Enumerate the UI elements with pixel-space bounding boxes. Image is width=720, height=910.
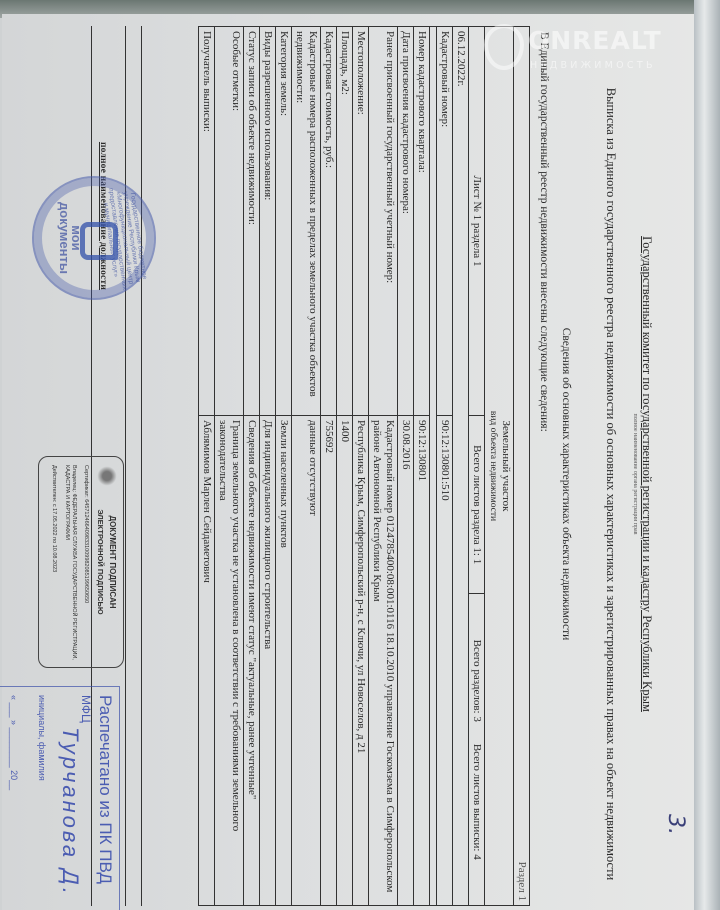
sheet-info-row: Лист № 1 раздела 1 Всего листов раздела …	[469, 27, 485, 906]
table-row: Получатель выписки:Аблямимов Марлен Сейд…	[199, 27, 215, 906]
row-label: Виды разрешенного использования:	[260, 27, 276, 416]
watermark-brand: ONREALT	[528, 26, 662, 55]
row-label: Получатель выписки:	[199, 27, 215, 416]
object-type-row: Земельный участок вид объекта недвижимос…	[485, 27, 514, 906]
property-info-table: Раздел 1 Земельный участок вид объекта н…	[198, 26, 530, 906]
row-value: Земли населенных пунктов	[276, 416, 292, 906]
table-row: Категория земель:Земли населенных пункто…	[276, 27, 292, 906]
row-value: Граница земельного участка не установлен…	[215, 416, 244, 906]
sheets-total: Всего листов выписки: 4	[471, 744, 483, 860]
seal-brand-line2: документы	[58, 198, 70, 278]
table-row: Ранее присвоенный государственный учетны…	[369, 27, 398, 906]
esign-owner: Владелец: ФЕДЕРАЛЬНАЯ СЛУЖБА ГОСУДАРСТВЕ…	[63, 465, 77, 661]
row-label: Категория земель:	[276, 27, 292, 416]
row-value: Для индивидуального жилищного строительс…	[260, 416, 276, 906]
table-row: Дата присвоения кадастрового номера:30.0…	[398, 27, 414, 906]
row-value: 1400	[337, 416, 353, 906]
issuing-authority-caption: полное наименование органа регистрации п…	[632, 214, 638, 734]
row-label: Дата присвоения кадастрового номера:	[398, 27, 414, 416]
table-row: Площадь, м2:1400	[337, 27, 353, 906]
row-value: данные отсутствуют	[292, 416, 321, 906]
row-label: Местоположение:	[353, 27, 369, 416]
table-row: Кадастровые номера расположенных в преде…	[292, 27, 321, 906]
row-label: Номер кадастрового квартала:	[414, 27, 430, 416]
row-value: 755692	[321, 416, 337, 906]
esign-validity: Действителен: с 17.05.2022 по 10.08.2023	[50, 465, 57, 661]
stamp-org: МФЦ	[79, 695, 93, 723]
row-value: Республика Крым, Симферопольский р-н, с …	[353, 416, 369, 906]
signature-area: полное наименование должности Государств…	[2, 26, 142, 906]
date-row: 06.12.2022г.	[453, 27, 469, 906]
stamp-date: « ___ » ________ 20__	[9, 695, 19, 790]
row-value: 90:12:130801	[414, 416, 430, 906]
electronic-signature-block: ДОКУМЕНТ ПОДПИСАН ЭЛЕКТРОННОЙ ПОДПИСЬЮ С…	[38, 456, 124, 668]
table-spacer	[430, 27, 437, 906]
object-type-caption: вид объекта недвижимости	[486, 31, 499, 901]
issuing-authority: Государственный комитет по государственн…	[639, 214, 654, 734]
esign-title: ДОКУМЕНТ ПОДПИСАН	[108, 457, 117, 667]
table-row: Местоположение:Республика Крым, Симфероп…	[353, 27, 369, 906]
cadastral-number-row: Кадастровый номер: 90:12:130801:510	[437, 27, 453, 906]
document-photo: Государственный комитет по государственн…	[0, 0, 720, 910]
egrn-extract-page: Государственный комитет по государственн…	[2, 14, 702, 910]
row-value: 30.08.2016	[398, 416, 414, 906]
table-row: Особые отметки:Граница земельного участк…	[215, 27, 244, 906]
cadastral-number-label: Кадастровый номер:	[437, 27, 453, 416]
extract-date: 06.12.2022г.	[453, 27, 469, 906]
stamp-title: Распечатано из ПК ПВД	[95, 695, 115, 884]
moi-dokumenty-logo-icon	[80, 222, 118, 260]
object-type: Земельный участок	[499, 31, 512, 901]
sheet-number: Лист № 1 раздела 1	[469, 27, 485, 416]
row-label: Кадастровые номера расположенных в преде…	[292, 27, 321, 416]
esign-subtitle: ЭЛЕКТРОННОЙ ПОДПИСЬЮ	[96, 457, 105, 667]
mfc-seal-stamp: Государственное бюджетное учреждение Рес…	[32, 176, 156, 300]
section-tag: Раздел 1	[514, 27, 530, 906]
property-attributes: Номер кадастрового квартала:90:12:130801…	[199, 27, 430, 906]
table-row: Номер кадастрового квартала:90:12:130801	[414, 27, 430, 906]
row-label: Кадастровая стоимость, руб.:	[321, 27, 337, 416]
table-row: Виды разрешенного использования:Для инди…	[260, 27, 276, 906]
table-section-row: Раздел 1	[514, 27, 530, 906]
watermark-subtitle: НЕДВИЖИМОСТЬ	[530, 60, 656, 71]
table-row: Кадастровая стоимость, руб.:755692	[321, 27, 337, 906]
cadastral-number-value: 90:12:130801:510	[437, 416, 453, 906]
table-row: Статус записи об объекте недвижимости:Св…	[244, 27, 260, 906]
printed-from-stamp: Распечатано из ПК ПВД МФЦ Турчанова Д. и…	[0, 686, 120, 910]
row-value: Аблямимов Марлен Сейдаметович	[199, 416, 215, 906]
sheets-in-section: Всего листов раздела 1: 1	[469, 416, 485, 594]
onrealt-watermark: ONREALT НЕДВИЖИМОСТЬ	[484, 22, 694, 82]
house-pin-icon	[484, 24, 524, 70]
sections-total: Всего разделов: 3	[471, 640, 483, 722]
document-title: Выписка из Единого государственного реес…	[603, 74, 618, 894]
row-label: Ранее присвоенный государственный учетны…	[369, 27, 398, 416]
stamp-caption: инициалы, фамилия	[37, 695, 47, 781]
intro-text: В Единый государственный реестр недвижим…	[538, 32, 550, 732]
row-label: Особые отметки:	[215, 27, 244, 416]
handwritten-page-mark: 3.	[663, 814, 688, 835]
row-label: Статус записи об объекте недвижимости:	[244, 27, 260, 416]
row-value: Сведения об объекте недвижимости имеют с…	[244, 416, 260, 906]
esign-certificate: Сертификат: 6457124664098331009982085199…	[82, 465, 89, 661]
file-sleeve-right-edge	[694, 0, 720, 910]
section-title: Сведения об основных характеристиках объ…	[560, 74, 572, 894]
row-label: Площадь, м2:	[337, 27, 353, 416]
stamp-handwritten-name: Турчанова Д.	[57, 727, 83, 897]
row-value: Кадастровый номер 0124785400:08:001:0116…	[369, 416, 398, 906]
